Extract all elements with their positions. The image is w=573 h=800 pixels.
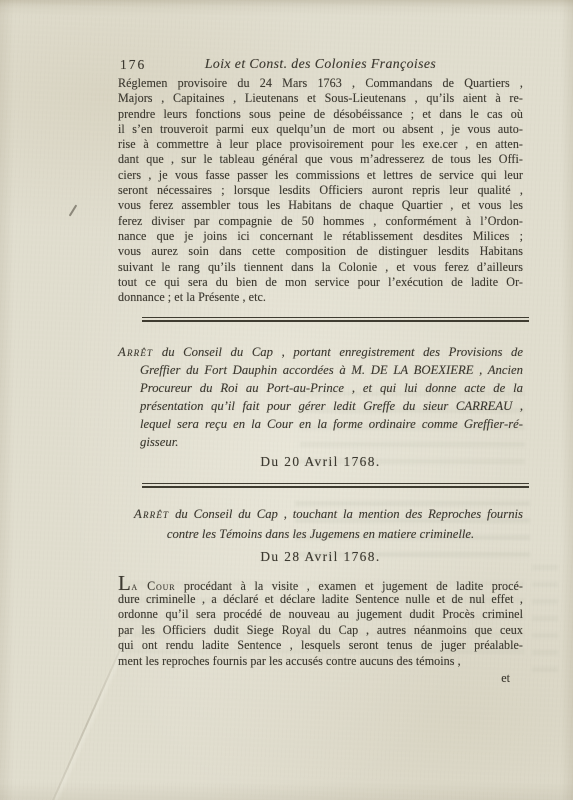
text-line: donnance ; et la Présente , etc. <box>118 290 523 305</box>
heading-line: Arrêt du Conseil du Cap , portant enregi… <box>118 343 523 361</box>
text-line: suivant le rang qu’ils tiennent dans la … <box>118 260 523 275</box>
paragraph-la-cour: La Cour procédant à la visite , examen e… <box>118 576 523 669</box>
catchword: et <box>118 671 523 686</box>
text-line: dure criminelle , a déclaré et déclare l… <box>118 592 523 608</box>
heading-line: gisseur. <box>118 433 523 451</box>
text-line: dant que , sur le tableau général que vo… <box>118 152 523 167</box>
heading-line: contre les Témoins dans les Jugemens en … <box>118 524 523 544</box>
text-line: ment les reproches fournis par les accus… <box>118 654 523 670</box>
heading-line: Procureur du Roi au Port-au-Prince , et … <box>118 379 523 397</box>
heading-line: présentation qu’il fait pour gérer ledit… <box>118 397 523 415</box>
arret-keyword: Arrêt <box>118 345 153 359</box>
arret-1-date: Du 20 Avril 1768. <box>118 454 523 470</box>
text-line: ferez diviser par compagnie de 50 hommes… <box>118 214 523 229</box>
text-line: par les Officiers dudit Siege Royal du C… <box>118 623 523 639</box>
text-line: Réglemen provisoire du 24 Mars 1763 , Co… <box>118 76 523 91</box>
section-divider-rule <box>142 317 529 322</box>
text-line: vous aurez soin dans cette composition d… <box>118 244 523 259</box>
section-divider-rule <box>142 483 529 488</box>
heading-line: Greffier du Fort Dauphin accordées à M. … <box>118 361 523 379</box>
ink-mark <box>69 204 78 216</box>
text-line: qui ont rendu ladite Sentence , lesquels… <box>118 638 523 654</box>
arret-2-heading: Arrêt du Conseil du Cap , touchant la me… <box>118 504 523 544</box>
text-line: Majors , Capitaines , Lieutenans et Sous… <box>118 91 523 106</box>
arret-2-date: Du 28 Avril 1768. <box>118 549 523 565</box>
paragraph-reglement: Réglemen provisoire du 24 Mars 1763 , Co… <box>118 76 523 305</box>
heading-line: lequel sera reçu en la Cour en la forme … <box>118 415 523 433</box>
text-line: ordonne qu’il sera procédé de nouveau au… <box>118 607 523 623</box>
page-header: 176 Loix et Const. des Colonies François… <box>118 56 523 75</box>
text-line: seront nécessaires ; lorsque lesdits Off… <box>118 183 523 198</box>
text-line: il s’en trouveroit parmi eux quelqu’un d… <box>118 122 523 137</box>
text-line: La Cour procédant à la visite , examen e… <box>118 576 523 592</box>
heading-line-text: du Conseil du Cap , touchant la mention … <box>169 507 523 521</box>
heading-line: Arrêt du Conseil du Cap , touchant la me… <box>118 504 523 524</box>
text-block: 176 Loix et Const. des Colonies François… <box>118 56 523 686</box>
text-line: vous ferez assembler tous les Habitans d… <box>118 198 523 213</box>
running-title: Loix et Const. des Colonies Françoises <box>118 56 523 72</box>
text-line: ciers , je vous fasse passer les commiss… <box>118 168 523 183</box>
arret-keyword: Arrêt <box>134 507 169 521</box>
scanned-book-page: 176 Loix et Const. des Colonies François… <box>0 0 573 800</box>
arret-1-heading: Arrêt du Conseil du Cap , portant enregi… <box>118 343 523 451</box>
text-line: prendre leurs fonctions sous peine de dé… <box>118 107 523 122</box>
verso-bleed-through <box>532 560 558 680</box>
text-line: tout ce qui sera du bien de mon service … <box>118 275 523 290</box>
heading-line-text: du Conseil du Cap , portant enregistreme… <box>153 345 523 359</box>
page-number: 176 <box>120 57 146 73</box>
text-line: rise à commettre à leur place provisoire… <box>118 137 523 152</box>
text-line: nance que je joins ici concernant le rét… <box>118 229 523 244</box>
